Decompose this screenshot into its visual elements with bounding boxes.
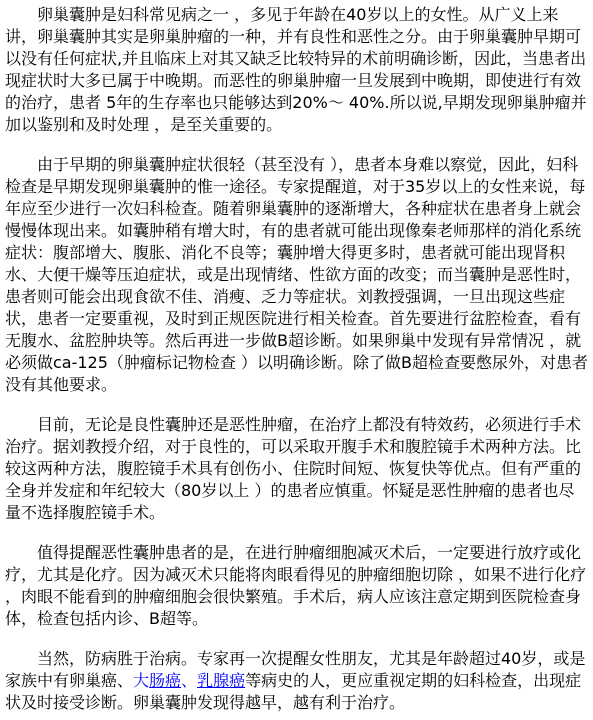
article-body: 卵巢囊肿是妇科常见病之一 ，多见于年龄在40岁以上的女性。从广义上来讲，卵巢囊肿… (0, 0, 593, 720)
paragraph-prevention: 当然，防病胜于治病。专家再一次提醒女性朋友，尤其是年龄超过40岁，或是家族中有卵… (5, 648, 588, 714)
paragraph-chemotherapy: 值得提醒恶性囊肿患者的是，在进行肿瘤细胞减灭术后，一定要进行放疗或化疗，尤其是化… (5, 542, 588, 630)
colorectal-cancer-link[interactable]: 肠癌 (149, 671, 181, 690)
cancer-link-separator: 、 (181, 671, 197, 690)
paragraph-intro: 卵巢囊肿是妇科常见病之一 ，多见于年龄在40岁以上的女性。从广义上来讲，卵巢囊肿… (5, 4, 588, 136)
paragraph-treatment: 目前，无论是良性囊肿还是恶性肿瘤，在治疗上都没有特效药，必须进行手术治疗。据刘教… (5, 414, 588, 524)
colorectal-cancer-prefix: 大 (133, 671, 149, 690)
paragraph-symptoms: 由于早期的卵巢囊肿症状很轻（甚至没有 ），患者本身难以察觉，因此，妇科检查是早期… (5, 154, 588, 396)
breast-cancer-link[interactable]: 乳腺癌 (197, 671, 245, 690)
